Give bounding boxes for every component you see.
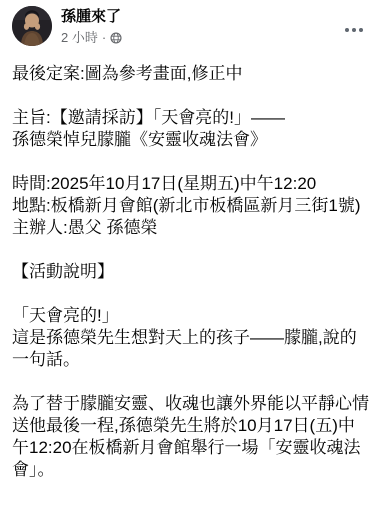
- ellipsis-icon: [352, 28, 356, 32]
- post-menu-button[interactable]: [341, 24, 367, 36]
- post-body: 最後定案:圖為參考畫面,修正中 主旨:【邀請採訪】「天會亮的!」—— 孫德榮悼兒…: [0, 46, 381, 481]
- avatar[interactable]: [12, 6, 52, 46]
- author-name[interactable]: 孫腫來了: [61, 7, 122, 27]
- post-paragraph: 【活動說明】: [12, 261, 369, 283]
- post-paragraph: 主旨:【邀請採訪】「天會亮的!」—— 孫德榮悼兒朦朧《安靈收魂法會》: [12, 107, 369, 151]
- post-header: 孫腫來了 2 小時 ·: [0, 0, 381, 46]
- post-meta: 2 小時 ·: [61, 29, 122, 46]
- globe-icon: [110, 32, 122, 44]
- ellipsis-icon: [359, 28, 363, 32]
- post-paragraph: 「天會亮的!」 這是孫德榮先生想對天上的孩子——朦朧,說的一句話。: [12, 305, 369, 371]
- facebook-post: 孫腫來了 2 小時 · 最後定案:圖為參考畫面,修正中: [0, 0, 381, 516]
- timestamp[interactable]: 2 小時: [61, 29, 98, 46]
- post-paragraph: 時間:2025年10月17日(星期五)中午12:20 地點:板橋新月會館(新北市…: [12, 173, 369, 239]
- meta-separator: ·: [102, 29, 106, 46]
- post-paragraph: 為了替于朦朧安靈、收魂也讓外界能以平靜心情送他最後一程,孫德榮先生將於10月17…: [12, 393, 369, 481]
- profile-photo-icon: [12, 6, 52, 46]
- header-info: 孫腫來了 2 小時 ·: [61, 6, 122, 46]
- ellipsis-icon: [345, 28, 349, 32]
- post-paragraph: 最後定案:圖為參考畫面,修正中: [12, 63, 369, 85]
